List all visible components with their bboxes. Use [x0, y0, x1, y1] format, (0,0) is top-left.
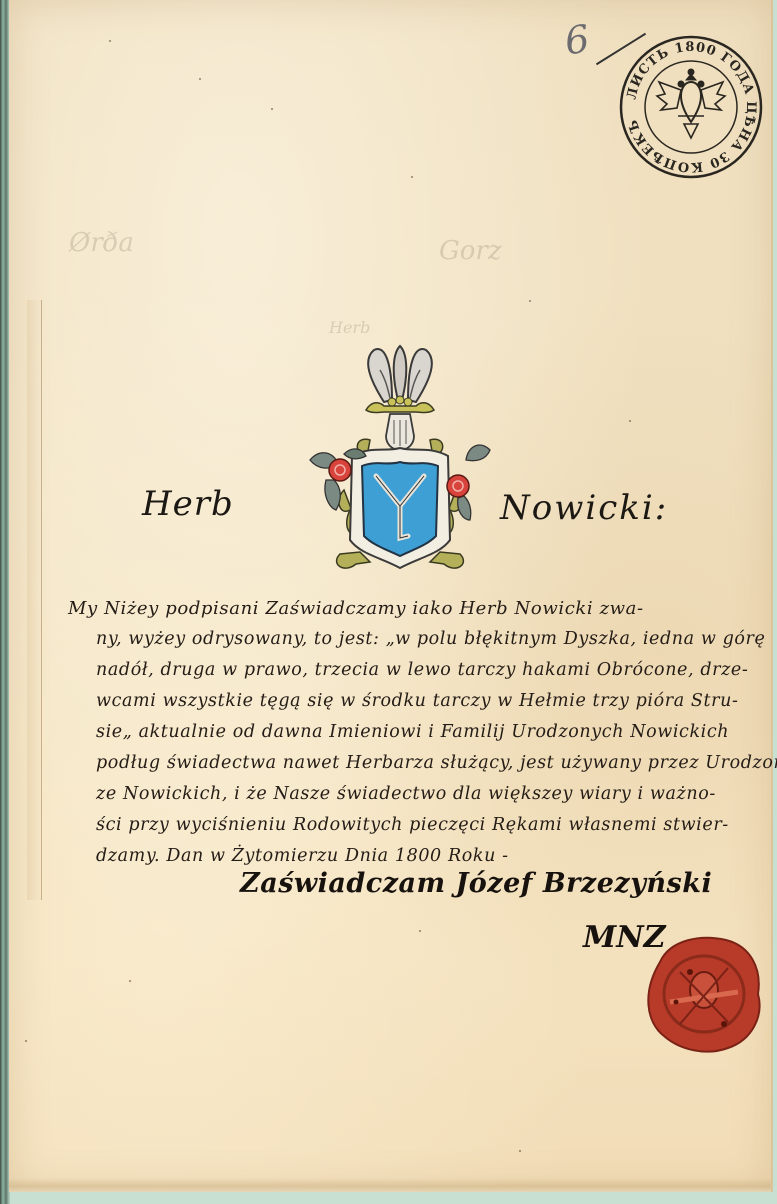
body-line: My Niżey podpisani Zaświadczamy iako Her… — [68, 593, 768, 624]
paper-speck — [419, 930, 421, 932]
witness-signature: Zaświadczam Józef Brzezyński — [240, 868, 712, 899]
paper-speck — [519, 1150, 521, 1152]
body-line: ści przy wyciśnieniu Rodowitych pieczęci… — [68, 810, 768, 841]
imperial-tax-stamp: ЛИСТЬ 1800 ГОДА ЦѢНА 30 КОПѢЕКЪ — [618, 34, 764, 180]
paper-speck — [271, 108, 273, 110]
paper-speck — [199, 78, 201, 80]
double-headed-eagle-icon — [657, 69, 725, 138]
certificate-body: My Niżey podpisani Zaświadczamy iako Her… — [68, 593, 768, 872]
crown-icon — [366, 396, 434, 413]
paper-speck — [411, 176, 413, 178]
paper-speck — [129, 980, 131, 982]
document-scan: Ørða Gorz Herb 6 ЛИСТЬ 1800 ГОДА ЦѢНА 30… — [0, 0, 777, 1204]
paper-speck — [109, 40, 111, 42]
bleed-through-text: Gorz — [439, 236, 502, 266]
heading-herb: Herb — [142, 484, 234, 524]
paper-fold — [27, 300, 42, 900]
red-wax-seal — [640, 932, 764, 1054]
coat-of-arms — [300, 340, 500, 580]
body-line: ze Nowickich, i że Nasze świadectwo dla … — [68, 779, 768, 810]
body-line: wcami wszystkie tęgą się w środku tarczy… — [68, 686, 768, 717]
paper-speck — [529, 300, 531, 302]
body-line: sie„ aktualnie od dawna Imieniowi i Fami… — [68, 717, 768, 748]
bleed-through-text: Ørða — [69, 228, 134, 258]
ostrich-feathers-icon — [368, 346, 432, 402]
body-line: ny, wyżey odrysowany, to jest: „w polu b… — [68, 624, 768, 655]
body-line: nadół, druga w prawo, trzecia w lewo tar… — [68, 655, 768, 686]
bleed-through-text: Herb — [329, 318, 370, 337]
body-line: podług świadectwa nawet Herbarza służący… — [68, 748, 768, 779]
paper-speck — [629, 420, 631, 422]
heading-family-name: Nowicki: — [500, 488, 668, 528]
helmet-icon — [386, 414, 414, 450]
paper-speck — [25, 1040, 27, 1042]
